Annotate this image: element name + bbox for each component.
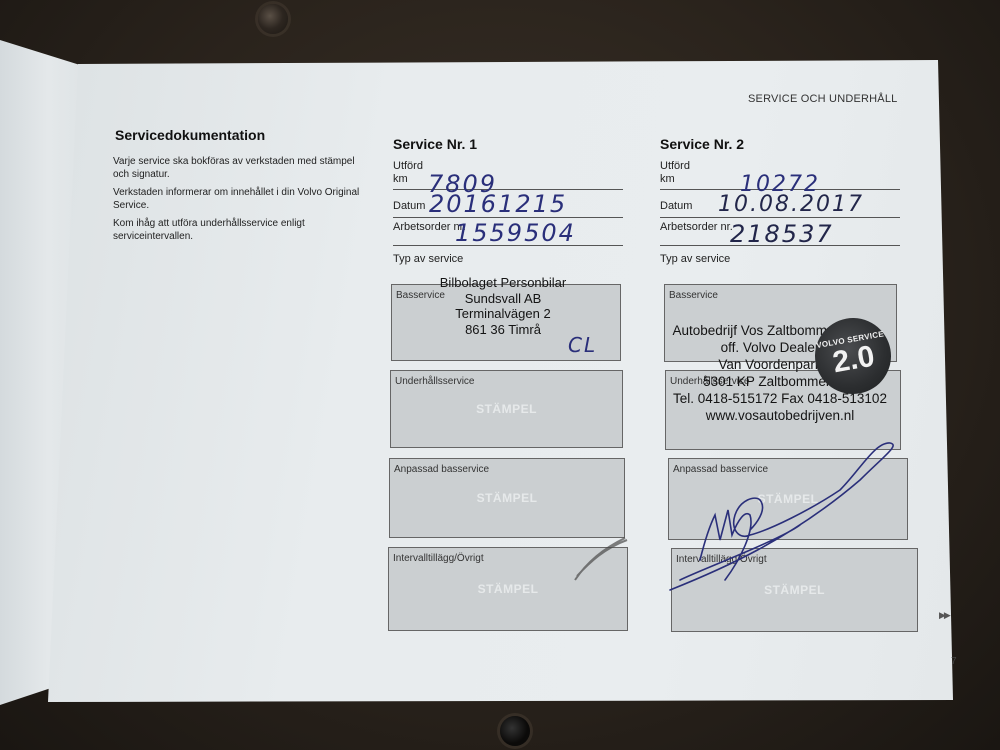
stamp-line: www.vosautobedrijven.nl xyxy=(665,407,895,424)
stamp-box-intervalltillagg: Intervalltillägg/Övrigt STÄMPEL xyxy=(671,548,918,632)
intro-text: Varje service ska bokföras av verkstaden… xyxy=(113,156,373,249)
service-1-column: Service Nr. 1 Utförd km 7809 Datum 20161… xyxy=(393,136,623,265)
km-field: Utförd km 10272 xyxy=(660,160,900,190)
utford-label: Utförd xyxy=(393,160,423,172)
stamp-placeholder: STÄMPEL xyxy=(672,583,917,597)
utford-label: Utförd xyxy=(660,160,690,172)
datum-field: Datum 10.08.2017 xyxy=(660,190,900,218)
stamp-box-underhallsservice: Underhållsservice STÄMPEL xyxy=(390,370,623,448)
arbetsorder-label: Arbetsorder nr. xyxy=(660,221,733,233)
stamp-box-anpassad-basservice: Anpassad basservice STÄMPEL xyxy=(389,458,625,538)
box-label: Underhållsservice xyxy=(395,376,474,387)
datum-value: 20161215 xyxy=(429,190,567,218)
typ-label: Typ av service xyxy=(393,253,623,265)
initials: CL xyxy=(568,333,597,357)
running-head: SERVICE OCH UNDERHÅLL xyxy=(748,93,897,105)
intro-paragraph: Kom ihåg att utföra underhållsservice en… xyxy=(113,218,373,243)
km-label: km xyxy=(660,173,675,185)
datum-value: 10.08.2017 xyxy=(718,192,864,217)
km-label: km xyxy=(393,173,408,185)
stamp-line: 861 36 Timrå xyxy=(418,322,588,338)
typ-label: Typ av service xyxy=(660,253,900,265)
stamp-line: Terminalvägen 2 xyxy=(418,306,588,322)
stamp-box-anpassad-basservice: Anpassad basservice STÄMPEL xyxy=(668,458,908,540)
arbetsorder-field: Arbetsorder nr. 1559504 xyxy=(393,218,623,246)
arbetsorder-value: 218537 xyxy=(730,220,834,248)
stamp-line: Sundsvall AB xyxy=(418,291,588,307)
datum-field: Datum 20161215 xyxy=(393,190,623,218)
box-label: Basservice xyxy=(669,290,718,301)
box-label: Intervalltillägg/Övrigt xyxy=(393,553,484,564)
box-label: Anpassad basservice xyxy=(673,464,768,475)
datum-label: Datum xyxy=(393,200,425,212)
section-title: Servicedokumentation xyxy=(115,127,265,143)
intro-paragraph: Varje service ska bokföras av verkstaden… xyxy=(113,156,373,181)
stamp-box-intervalltillagg: Intervalltillägg/Övrigt STÄMPEL xyxy=(388,547,628,631)
stamp-line: Bilbolaget Personbilar xyxy=(418,275,588,291)
stamp-placeholder: STÄMPEL xyxy=(391,402,622,416)
page-number: 7 xyxy=(951,656,957,667)
screw xyxy=(258,4,288,34)
datum-label: Datum xyxy=(660,200,692,212)
arbetsorder-field: Arbetsorder nr. 218537 xyxy=(660,218,900,246)
stamp-placeholder: STÄMPEL xyxy=(390,491,624,505)
arbetsorder-value: 1559504 xyxy=(455,219,576,247)
service-2-column: Service Nr. 2 Utförd km 10272 Datum 10.0… xyxy=(660,136,900,265)
intro-paragraph: Verkstaden informerar om innehållet i di… xyxy=(113,187,373,212)
service-title: Service Nr. 1 xyxy=(393,136,623,152)
next-page-icon: ▶▶ xyxy=(939,610,949,621)
service-title: Service Nr. 2 xyxy=(660,136,900,152)
screw xyxy=(500,716,530,746)
box-label: Anpassad basservice xyxy=(394,464,489,475)
stamp-placeholder: STÄMPEL xyxy=(669,492,907,506)
box-label: Intervalltillägg/Övrigt xyxy=(676,554,767,565)
dealer-stamp-1: Bilbolaget Personbilar Sundsvall AB Term… xyxy=(418,275,588,337)
km-field: Utförd km 7809 xyxy=(393,160,623,190)
stamp-placeholder: STÄMPEL xyxy=(389,582,627,596)
